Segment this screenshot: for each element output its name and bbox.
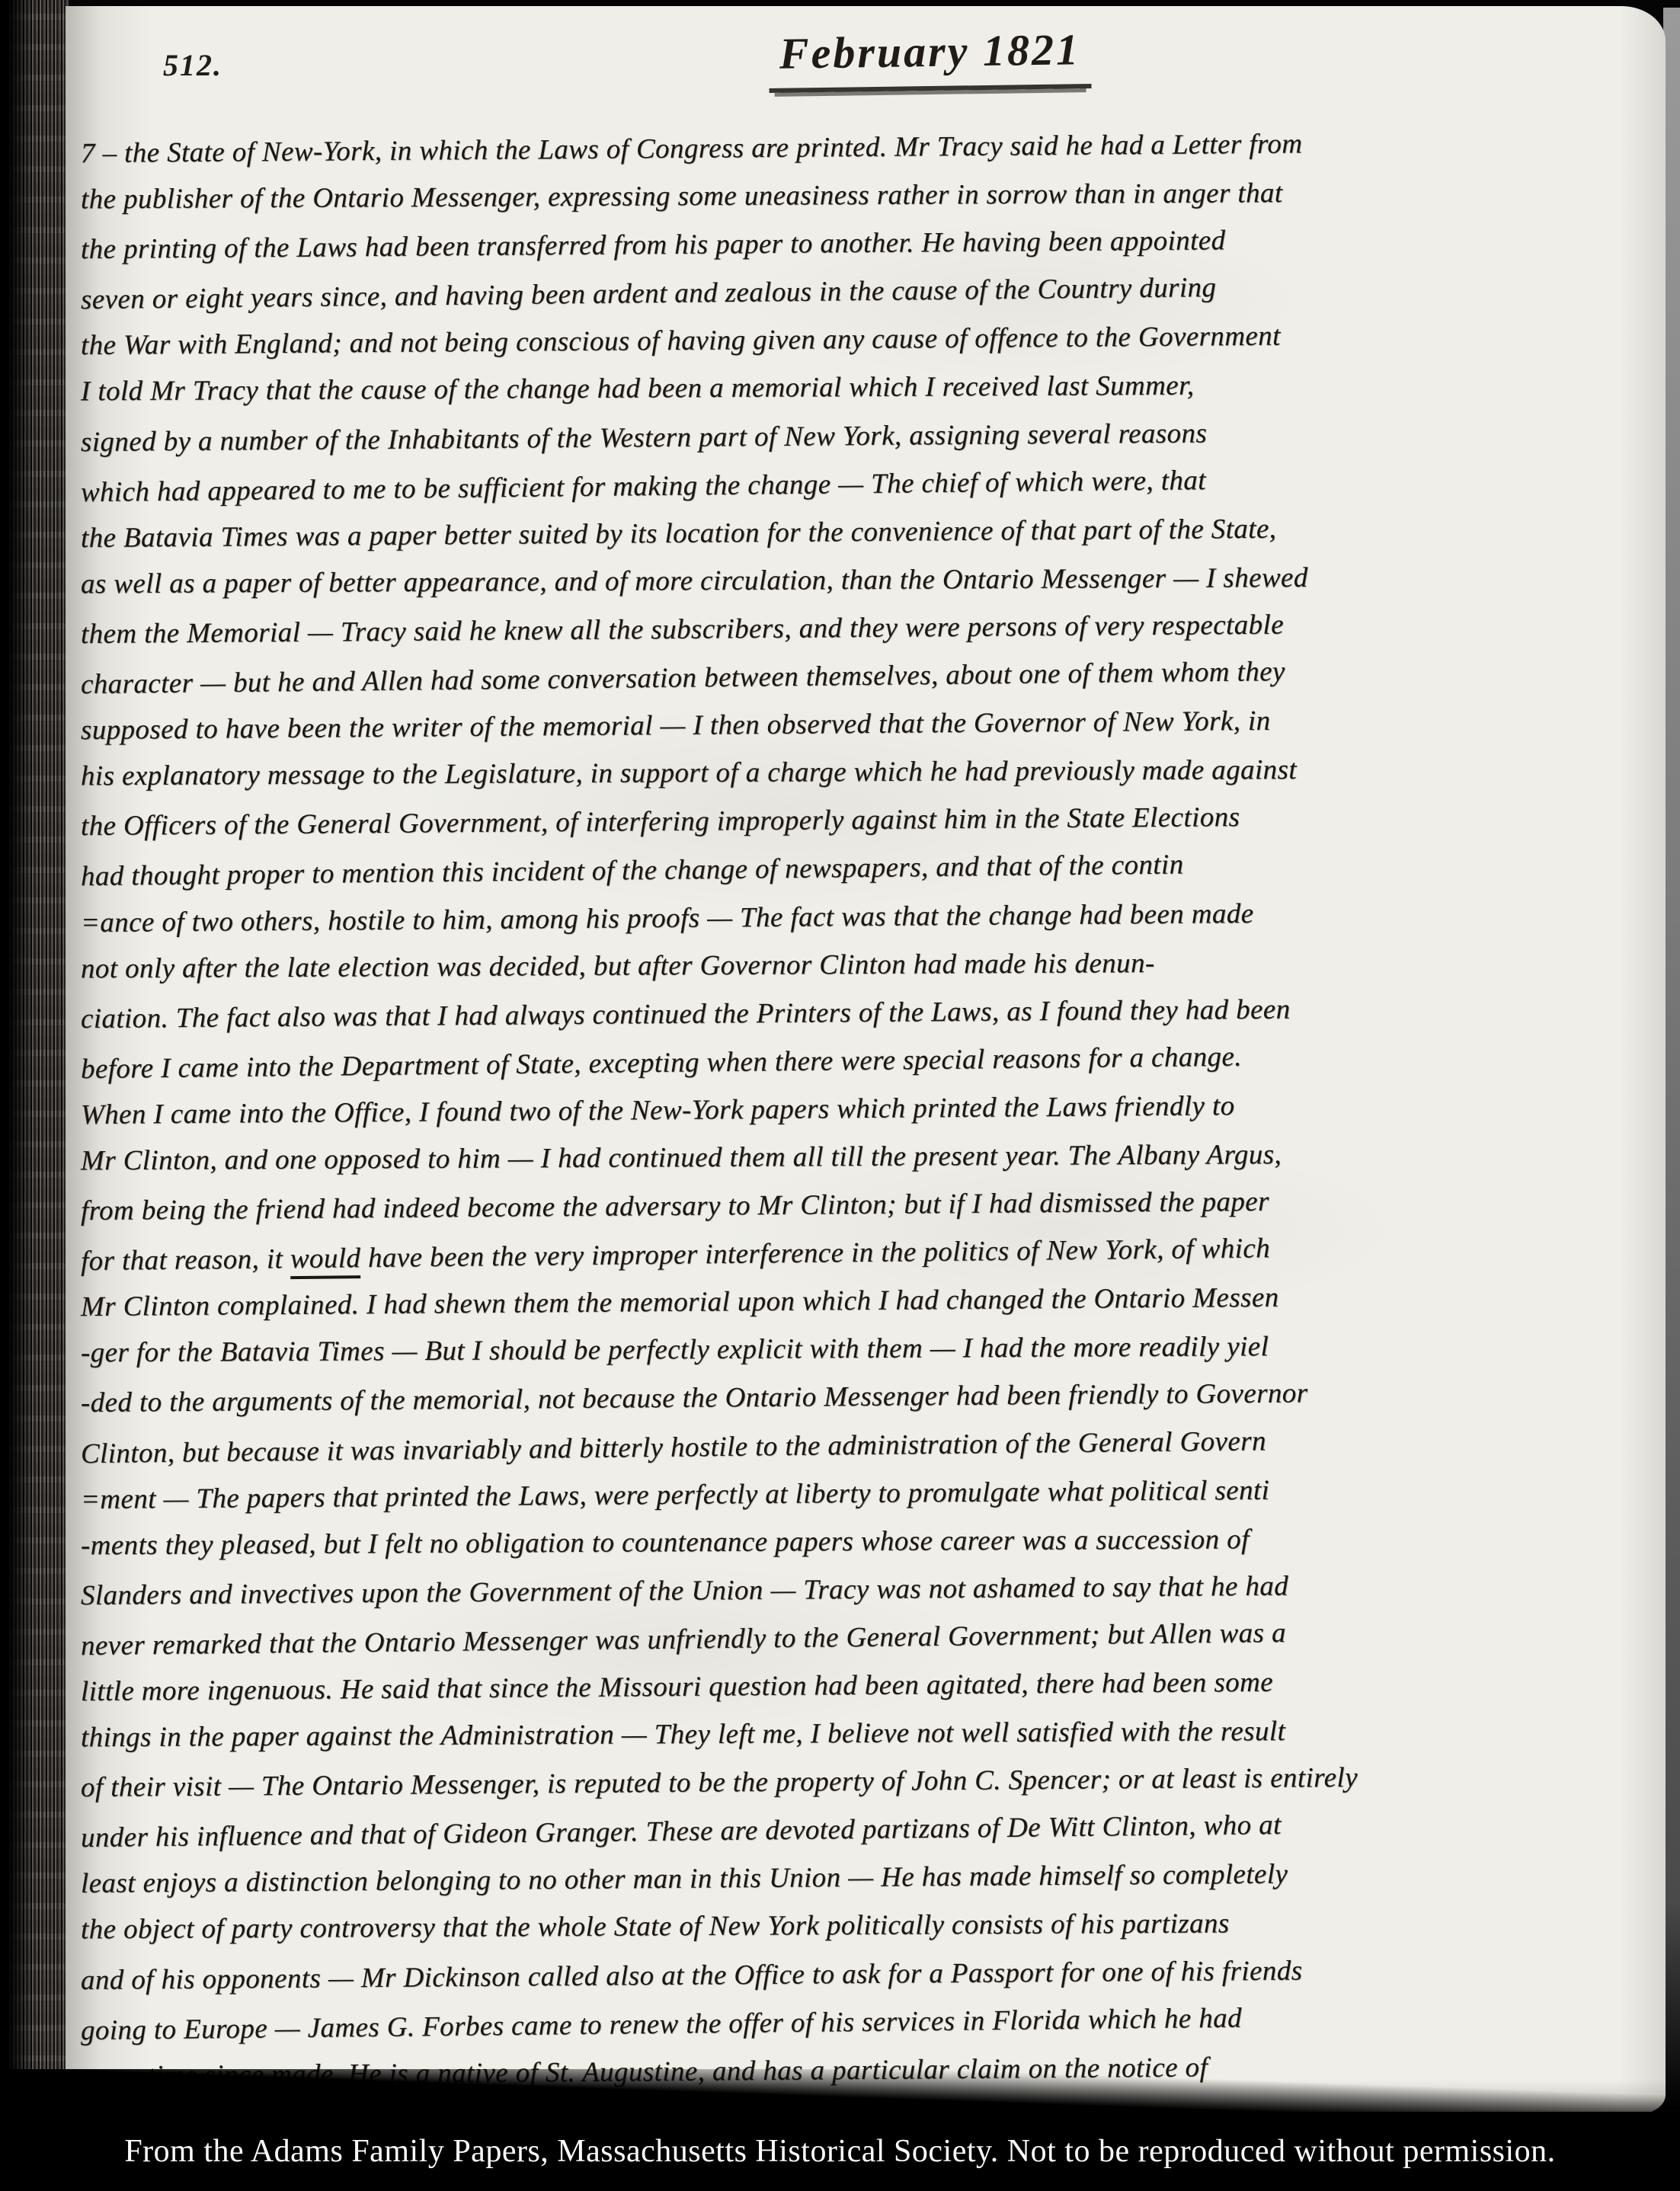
manuscript-lines: 7 – the State of New-York, in which the … — [81, 131, 1646, 2150]
manuscript-scan: 512. February 1821 7 – the State of New-… — [0, 0, 1680, 2191]
caption-bar: From the Adams Family Papers, Massachuse… — [0, 2112, 1680, 2191]
diary-page: 512. February 1821 7 – the State of New-… — [66, 6, 1666, 2115]
underlined-word: would — [290, 1243, 361, 1279]
entry-date-text: February 1821 — [769, 24, 1092, 93]
line-segment: for that reason, it — [81, 1243, 290, 1277]
book-binding — [0, 0, 70, 2133]
page-header: 512. February 1821 — [66, 23, 1666, 137]
entry-date-heading: February 1821 — [66, 26, 1666, 91]
adjacent-page-edge — [1663, 8, 1680, 2110]
footer-credit: From the Adams Family Papers, Massachuse… — [124, 2133, 1555, 2170]
